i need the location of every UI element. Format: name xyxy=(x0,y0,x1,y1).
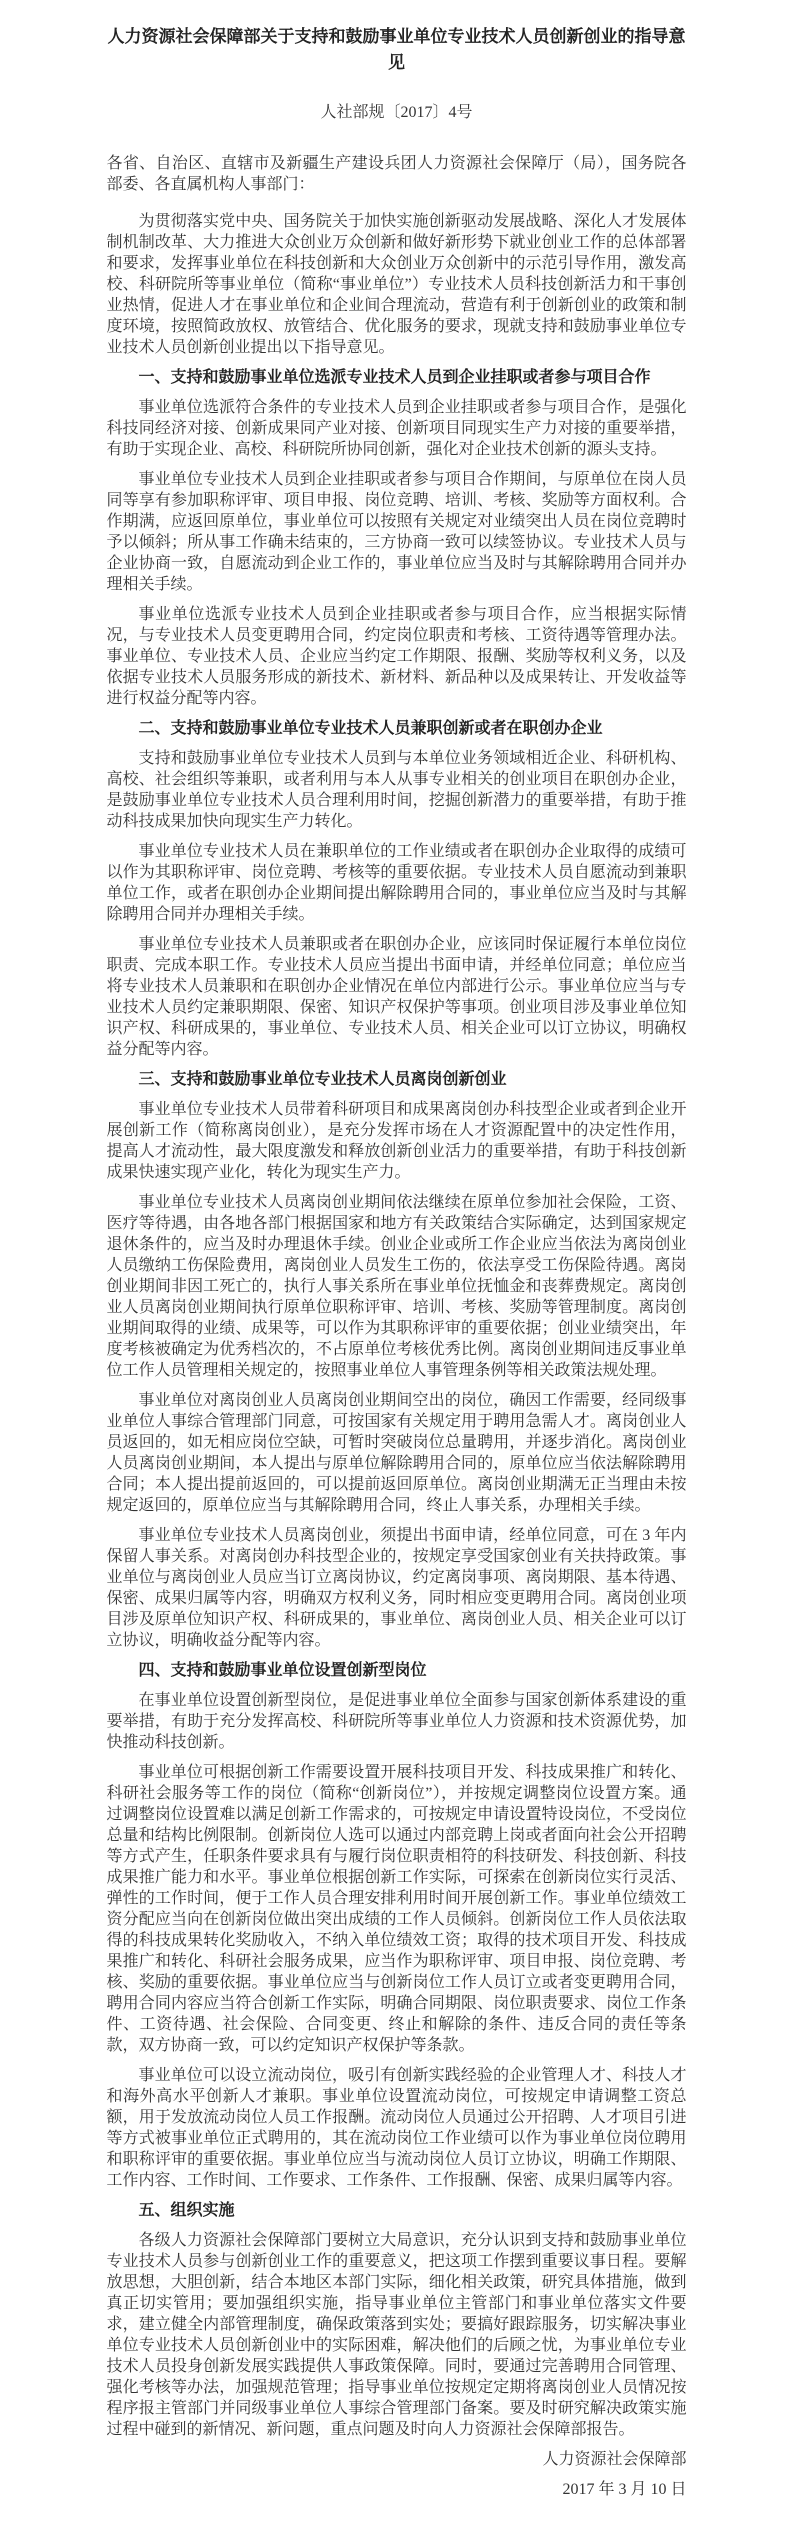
signature-issuer: 人力资源社会保障部 xyxy=(107,2449,687,2470)
document-page: 人力资源社会保障部关于支持和鼓励事业单位专业技术人员创新创业的指导意见 人社部规… xyxy=(107,0,687,2524)
section-4-paragraph-1: 在事业单位设置创新型岗位，是促进事业单位全面参与国家创新体系建设的重要举措，有助… xyxy=(107,1690,687,1753)
section-1-paragraph-2: 事业单位专业技术人员到企业挂职或者参与项目合作期间，与原单位在岗人员同等享有参加… xyxy=(107,469,687,595)
intro-paragraph: 为贯彻落实党中央、国务院关于加快实施创新驱动发展战略、深化人才发展体制机制改革、… xyxy=(107,211,687,358)
signature-block: 人力资源社会保障部 2017 年 3 月 10 日 xyxy=(107,2449,687,2500)
section-3-paragraph-2: 事业单位专业技术人员离岗创业期间依法继续在原单位参加社会保险，工资、医疗等待遇，… xyxy=(107,1192,687,1381)
document-title: 人力资源社会保障部关于支持和鼓励事业单位专业技术人员创新创业的指导意见 xyxy=(107,24,687,76)
section-3-paragraph-3: 事业单位对离岗创业人员离岗创业期间空出的岗位，确因工作需要，经同级事业单位人事综… xyxy=(107,1390,687,1516)
section-3-heading: 三、支持和鼓励事业单位专业技术人员离岗创新创业 xyxy=(107,1069,687,1090)
salutation: 各省、自治区、直辖市及新疆生产建设兵团人力资源社会保障厅（局），国务院各部委、各… xyxy=(107,153,687,195)
section-2-paragraph-2: 事业单位专业技术人员在兼职单位的工作业绩或者在职创办企业取得的成绩可以作为其职称… xyxy=(107,841,687,925)
section-3-paragraph-1: 事业单位专业技术人员带着科研项目和成果离岗创办科技型企业或者到企业开展创新工作（… xyxy=(107,1099,687,1183)
section-4-paragraph-3: 事业单位可以设立流动岗位，吸引有创新实践经验的企业管理人才、科技人才和海外高水平… xyxy=(107,2065,687,2191)
section-2-heading: 二、支持和鼓励事业单位专业技术人员兼职创新或者在职创办企业 xyxy=(107,718,687,739)
section-1-paragraph-1: 事业单位选派符合条件的专业技术人员到企业挂职或者参与项目合作，是强化科技同经济对… xyxy=(107,397,687,460)
section-5-paragraph-1: 各级人力资源社会保障部门要树立大局意识，充分认识到支持和鼓励事业单位专业技术人员… xyxy=(107,2230,687,2440)
section-1-heading: 一、支持和鼓励事业单位选派专业技术人员到企业挂职或者参与项目合作 xyxy=(107,367,687,388)
section-4-paragraph-2: 事业单位可根据创新工作需要设置开展科技项目开发、科技成果推广和转化、科研社会服务… xyxy=(107,1762,687,2056)
signature-date: 2017 年 3 月 10 日 xyxy=(107,2479,687,2500)
section-2-paragraph-1: 支持和鼓励事业单位专业技术人员到与本单位业务领域相近企业、科研机构、高校、社会组… xyxy=(107,748,687,832)
section-2-paragraph-3: 事业单位专业技术人员兼职或者在职创办企业，应该同时保证履行本单位岗位职责、完成本… xyxy=(107,934,687,1060)
section-5-heading: 五、组织实施 xyxy=(107,2200,687,2221)
document-number: 人社部规〔2017〕4号 xyxy=(107,102,687,123)
section-3-paragraph-4: 事业单位专业技术人员离岗创业，须提出书面申请，经单位同意，可在 3 年内保留人事… xyxy=(107,1525,687,1651)
section-4-heading: 四、支持和鼓励事业单位设置创新型岗位 xyxy=(107,1660,687,1681)
section-1-paragraph-3: 事业单位选派专业技术人员到企业挂职或者参与项目合作，应当根据实际情况，与专业技术… xyxy=(107,604,687,709)
